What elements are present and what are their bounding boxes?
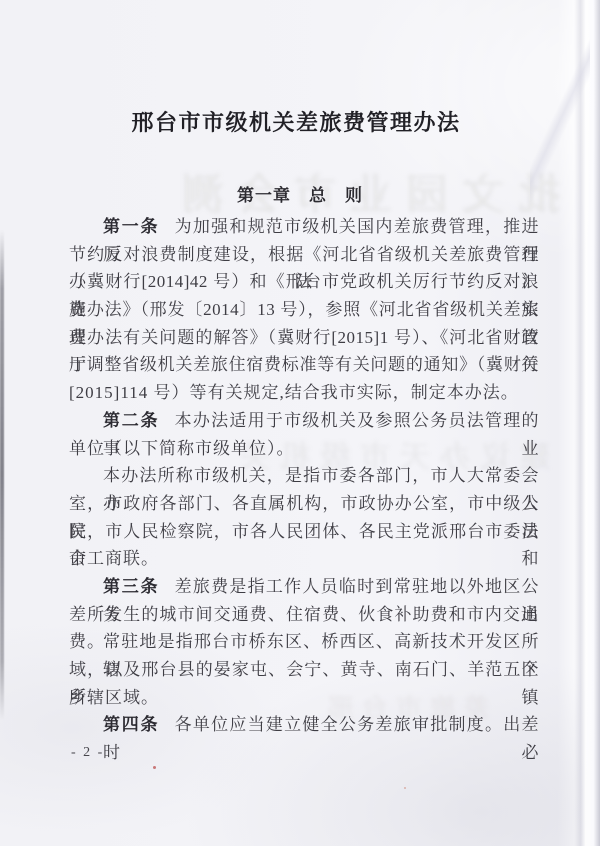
document-title: 邢台市市级机关差旅费管理办法 xyxy=(0,106,592,137)
chapter-heading: 第一章 总 则 xyxy=(0,181,600,206)
body-line-text: 市工商联。 xyxy=(69,549,159,568)
body-line: 本办法所称市级机关，是指市委各部门，市人大常委会办公 xyxy=(69,462,539,490)
article-number: 第一条 xyxy=(103,217,159,236)
body-line: 室，市政府各部门、各直属机构，市政协办公室，市中级人民法 xyxy=(69,490,539,518)
ink-speck-artifact xyxy=(153,766,156,769)
body-line-text: 单位（以下简称市级单位）。 xyxy=(69,439,295,458)
body-line: 于调整省级机关差旅住宿费标准等有关问题的通知》（冀财行 xyxy=(69,351,539,379)
body-line: [2015]114 号）等有关规定,结合我市实际，制定本办法。 xyxy=(69,379,539,407)
ink-speck-artifact xyxy=(404,787,406,789)
article-number: 第二条 xyxy=(103,411,159,430)
body-line-text: 于调整省级机关差旅住宿费标准等有关问题的通知》（冀财行 xyxy=(69,355,539,374)
body-line-text: 各单位应当建立健全公务差旅审批制度。出差时必 xyxy=(103,715,539,762)
article-number: 第三条 xyxy=(103,577,159,596)
body-line: （冀财行[2014]42 号）和《邢台市党政机关厉行节约反对浪费实 xyxy=(69,268,539,296)
article-number: 第四条 xyxy=(103,715,159,734)
body-line-text: [2015]114 号）等有关规定,结合我市实际，制定本办法。 xyxy=(69,383,519,402)
body-line: 院，市人民检察院，市各人民团体、各民主党派邢台市委员会和 xyxy=(69,518,539,546)
body-line: 第四条各单位应当建立健全公务差旅审批制度。出差时必 xyxy=(69,711,539,739)
body-line: 差所发生的城市间交通费、住宿费、伙食补助费和市内交通费。 xyxy=(69,601,539,629)
body-line: 常驻地是指邢台市桥东区、桥西区、高新技术开发区所辖区 xyxy=(69,628,539,656)
scanned-page: 批文园业市会测 建议办天市级机关 差旅市台邢 邢台市市级机关差旅费管理办法 第一… xyxy=(0,0,600,846)
scan-edge-shadow xyxy=(0,230,4,720)
body-line: 第一条为加强和规范市级机关国内差旅费管理，推进厉行 xyxy=(69,213,539,241)
body-line: 施办法》（邢发〔2014〕13 号），参照《河北省省级机关差旅费管 xyxy=(69,296,539,324)
body-line: 第三条差旅费是指工作人员临时到常驻地以外地区公务出 xyxy=(69,573,539,601)
page-number: - 2 - xyxy=(71,745,104,761)
paper-crease-diagonal xyxy=(530,0,590,240)
body-line-text: 所辖区域。 xyxy=(69,688,159,707)
body-line: 理办法有关问题的解答》（冀财行[2015]1 号）、《河北省财政厅关 xyxy=(69,324,539,352)
body-line: 第二条本办法适用于市级机关及参照公务员法管理的事业 xyxy=(69,407,539,435)
body-line: 节约反对浪费制度建设，根据《河北省省级机关差旅费管理办法》 xyxy=(69,241,539,269)
document-body: 第一条为加强和规范市级机关国内差旅费管理，推进厉行 节约反对浪费制度建设，根据《… xyxy=(69,213,539,739)
body-line: 域，以及邢台县的晏家屯、会宁、黄寺、南石门、羊范五个乡镇 xyxy=(69,656,539,684)
